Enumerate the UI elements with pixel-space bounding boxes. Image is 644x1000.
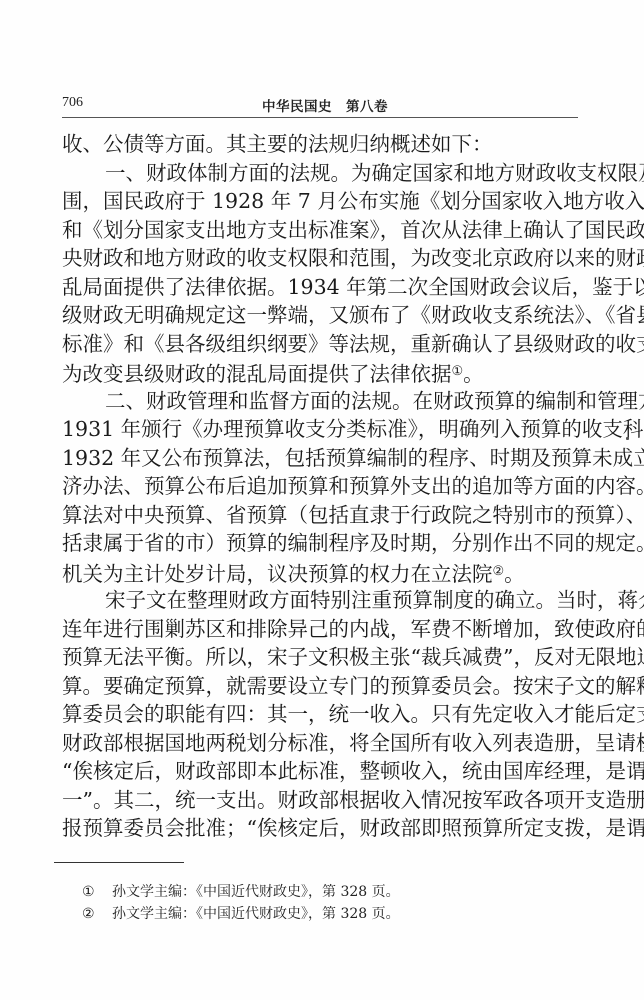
text-line: 算法对中央预算、省预算（包括直隶于行政院之特别市的预算）、县（包 [62,501,578,530]
text-line-content: 济办法、预算公布后追加预算和预算外支出的追加等方面的内容。预 [62,474,644,498]
text-line-content: 为改变县级财政的混乱局面提供了法律依据 [62,362,452,386]
text-line: 财政部根据国地两税划分标准，将全国所有收入列表造册，呈请核准。 [62,729,578,758]
footnote-reference[interactable]: ② [493,564,505,579]
text-line: 围，国民政府于 1928 年 7 月公布实施《划分国家收入地方收入标准案》 [62,187,578,216]
page-number: 706 [62,95,83,111]
text-line: 算委员会的职能有四：其一，统一收入。只有先定收入才能后定支出。 [62,700,578,729]
text-line-content: 乱局面提供了法律依据。1934 年第二次全国财政会议后，鉴于以往县 [62,275,644,299]
text-line-content: 算。要确定预算，就需要设立专门的预算委员会。按宋子文的解释，预 [62,674,644,698]
text-line-tail: 。 [504,562,525,586]
text-line-content: 1931 年颁行《办理预算收支分类标准》，明确列入预算的收支科目。 [62,417,644,441]
text-line: 乱局面提供了法律依据。1934 年第二次全国财政会议后，鉴于以往县 [62,273,578,302]
text-line: 一、财政体制方面的法规。为确定国家和地方财政收支权限及范 [62,159,578,188]
footnote-text: 孙文学主编：《中国近代财政史》，第 328 页。 [112,903,400,925]
footnote: ①孙文学主编：《中国近代财政史》，第 328 页。 [82,881,562,903]
footnote-reference[interactable]: ① [452,364,464,379]
footnote-mark: ② [82,903,112,925]
body-text: 收、公债等方面。其主要的法规归纳概述如下：一、财政体制方面的法规。为确定国家和地… [62,130,578,843]
text-line-content: 一”。其二，统一支出。财政部根据收入情况按军政各项开支造册，上 [62,788,644,812]
footnotes: ①孙文学主编：《中国近代财政史》，第 328 页。②孙文学主编：《中国近代财政史… [82,881,562,925]
footnote-text: 孙文学主编：《中国近代财政史》，第 328 页。 [112,881,400,903]
text-line: 为改变县级财政的混乱局面提供了法律依据①。 [62,358,578,387]
text-line: 济办法、预算公布后追加预算和预算外支出的追加等方面的内容。预 [62,472,578,501]
text-line-content: 预算无法平衡。所以，宋子文积极主张“裁兵减费”，反对无限地追加预 [62,645,644,669]
footnote-mark: ① [82,881,112,903]
text-line: 央财政和地方财政的收支权限和范围，为改变北京政府以来的财政混 [62,244,578,273]
text-line-content: 收、公债等方面。其主要的法规归纳概述如下： [62,132,493,156]
text-line: 算。要确定预算，就需要设立专门的预算委员会。按宋子文的解释，预 [62,672,578,701]
text-line: 1932 年又公布预算法，包括预算编制的程序、时期及预算未成立时救 [62,444,578,473]
text-line-content: 连年进行围剿苏区和排除异己的内战，军费不断增加，致使政府的财政 [62,617,644,641]
text-line: 报预算委员会批准；“俟核定后，财政部即照预算所定支拨，是谓支出统 [62,814,578,843]
text-line-content: “俟核定后，财政部即本此标准，整顿收入，统由国库经理，是谓收入统 [62,759,644,783]
header-rule [62,117,578,118]
text-line: 预算无法平衡。所以，宋子文积极主张“裁兵减费”，反对无限地追加预 [62,643,578,672]
text-line: 机关为主计处岁计局，议决预算的权力在立法院②。 [62,558,578,587]
footnote-rule [54,862,184,863]
running-title: 中华民国史 第八卷 [262,95,388,115]
text-line-content: 一、财政体制方面的法规。为确定国家和地方财政收支权限及范 [105,161,644,185]
text-line-content: 二、财政管理和监督方面的法规。在财政预算的编制和管理方面， [105,389,644,413]
text-line: 括隶属于省的市）预算的编制程序及时期，分别作出不同的规定。编制 [62,529,578,558]
text-line-content: 宋子文在整理财政方面特别注重预算制度的确立。当时，蒋介石 [105,588,644,612]
text-line: 和《划分国家支出地方支出标准案》，首次从法律上确认了国民政府中 [62,216,578,245]
text-line-content: 机关为主计处岁计局，议决预算的权力在立法院 [62,562,493,586]
book-page: 706 中华民国史 第八卷 收、公债等方面。其主要的法规归纳概述如下：一、财政体… [0,0,644,1000]
scan-speck [626,437,629,440]
text-line: “俟核定后，财政部即本此标准，整顿收入，统由国库经理，是谓收入统 [62,757,578,786]
text-line-content: 括隶属于省的市）预算的编制程序及时期，分别作出不同的规定。编制 [62,531,644,555]
text-line: 1931 年颁行《办理预算收支分类标准》，明确列入预算的收支科目。 [62,415,578,444]
text-line-content: 和《划分国家支出地方支出标准案》，首次从法律上确认了国民政府中 [62,218,644,242]
footnote: ②孙文学主编：《中国近代财政史》，第 328 页。 [82,903,562,925]
text-line: 二、财政管理和监督方面的法规。在财政预算的编制和管理方面， [62,387,578,416]
text-line-content: 财政部根据国地两税划分标准，将全国所有收入列表造册，呈请核准。 [62,731,644,755]
text-line-content: 级财政无明确规定这一弊端，又颁布了《财政收支系统法》、《省县收支 [62,303,644,327]
text-line-content: 央财政和地方财政的收支权限和范围，为改变北京政府以来的财政混 [62,246,644,270]
text-line-content: 标准》和《县各级组织纲要》等法规，重新确认了县级财政的收支范围， [62,332,644,356]
text-line-content: 算委员会的职能有四：其一，统一收入。只有先定收入才能后定支出。 [62,702,644,726]
text-line-content: 报预算委员会批准；“俟核定后，财政部即照预算所定支拨，是谓支出统 [62,816,644,840]
text-line-content: 1932 年又公布预算法，包括预算编制的程序、时期及预算未成立时救 [62,446,644,470]
text-line: 一”。其二，统一支出。财政部根据收入情况按军政各项开支造册，上 [62,786,578,815]
text-line-content: 算法对中央预算、省预算（包括直隶于行政院之特别市的预算）、县（包 [62,503,644,527]
text-line: 连年进行围剿苏区和排除异己的内战，军费不断增加，致使政府的财政 [62,615,578,644]
text-line-tail: 。 [463,362,484,386]
text-line: 级财政无明确规定这一弊端，又颁布了《财政收支系统法》、《省县收支 [62,301,578,330]
text-line: 收、公债等方面。其主要的法规归纳概述如下： [62,130,578,159]
text-line: 标准》和《县各级组织纲要》等法规，重新确认了县级财政的收支范围， [62,330,578,359]
page-header: 706 中华民国史 第八卷 [62,95,578,115]
text-line: 宋子文在整理财政方面特别注重预算制度的确立。当时，蒋介石 [62,586,578,615]
text-line-content: 围，国民政府于 1928 年 7 月公布实施《划分国家收入地方收入标准案》 [62,189,644,213]
